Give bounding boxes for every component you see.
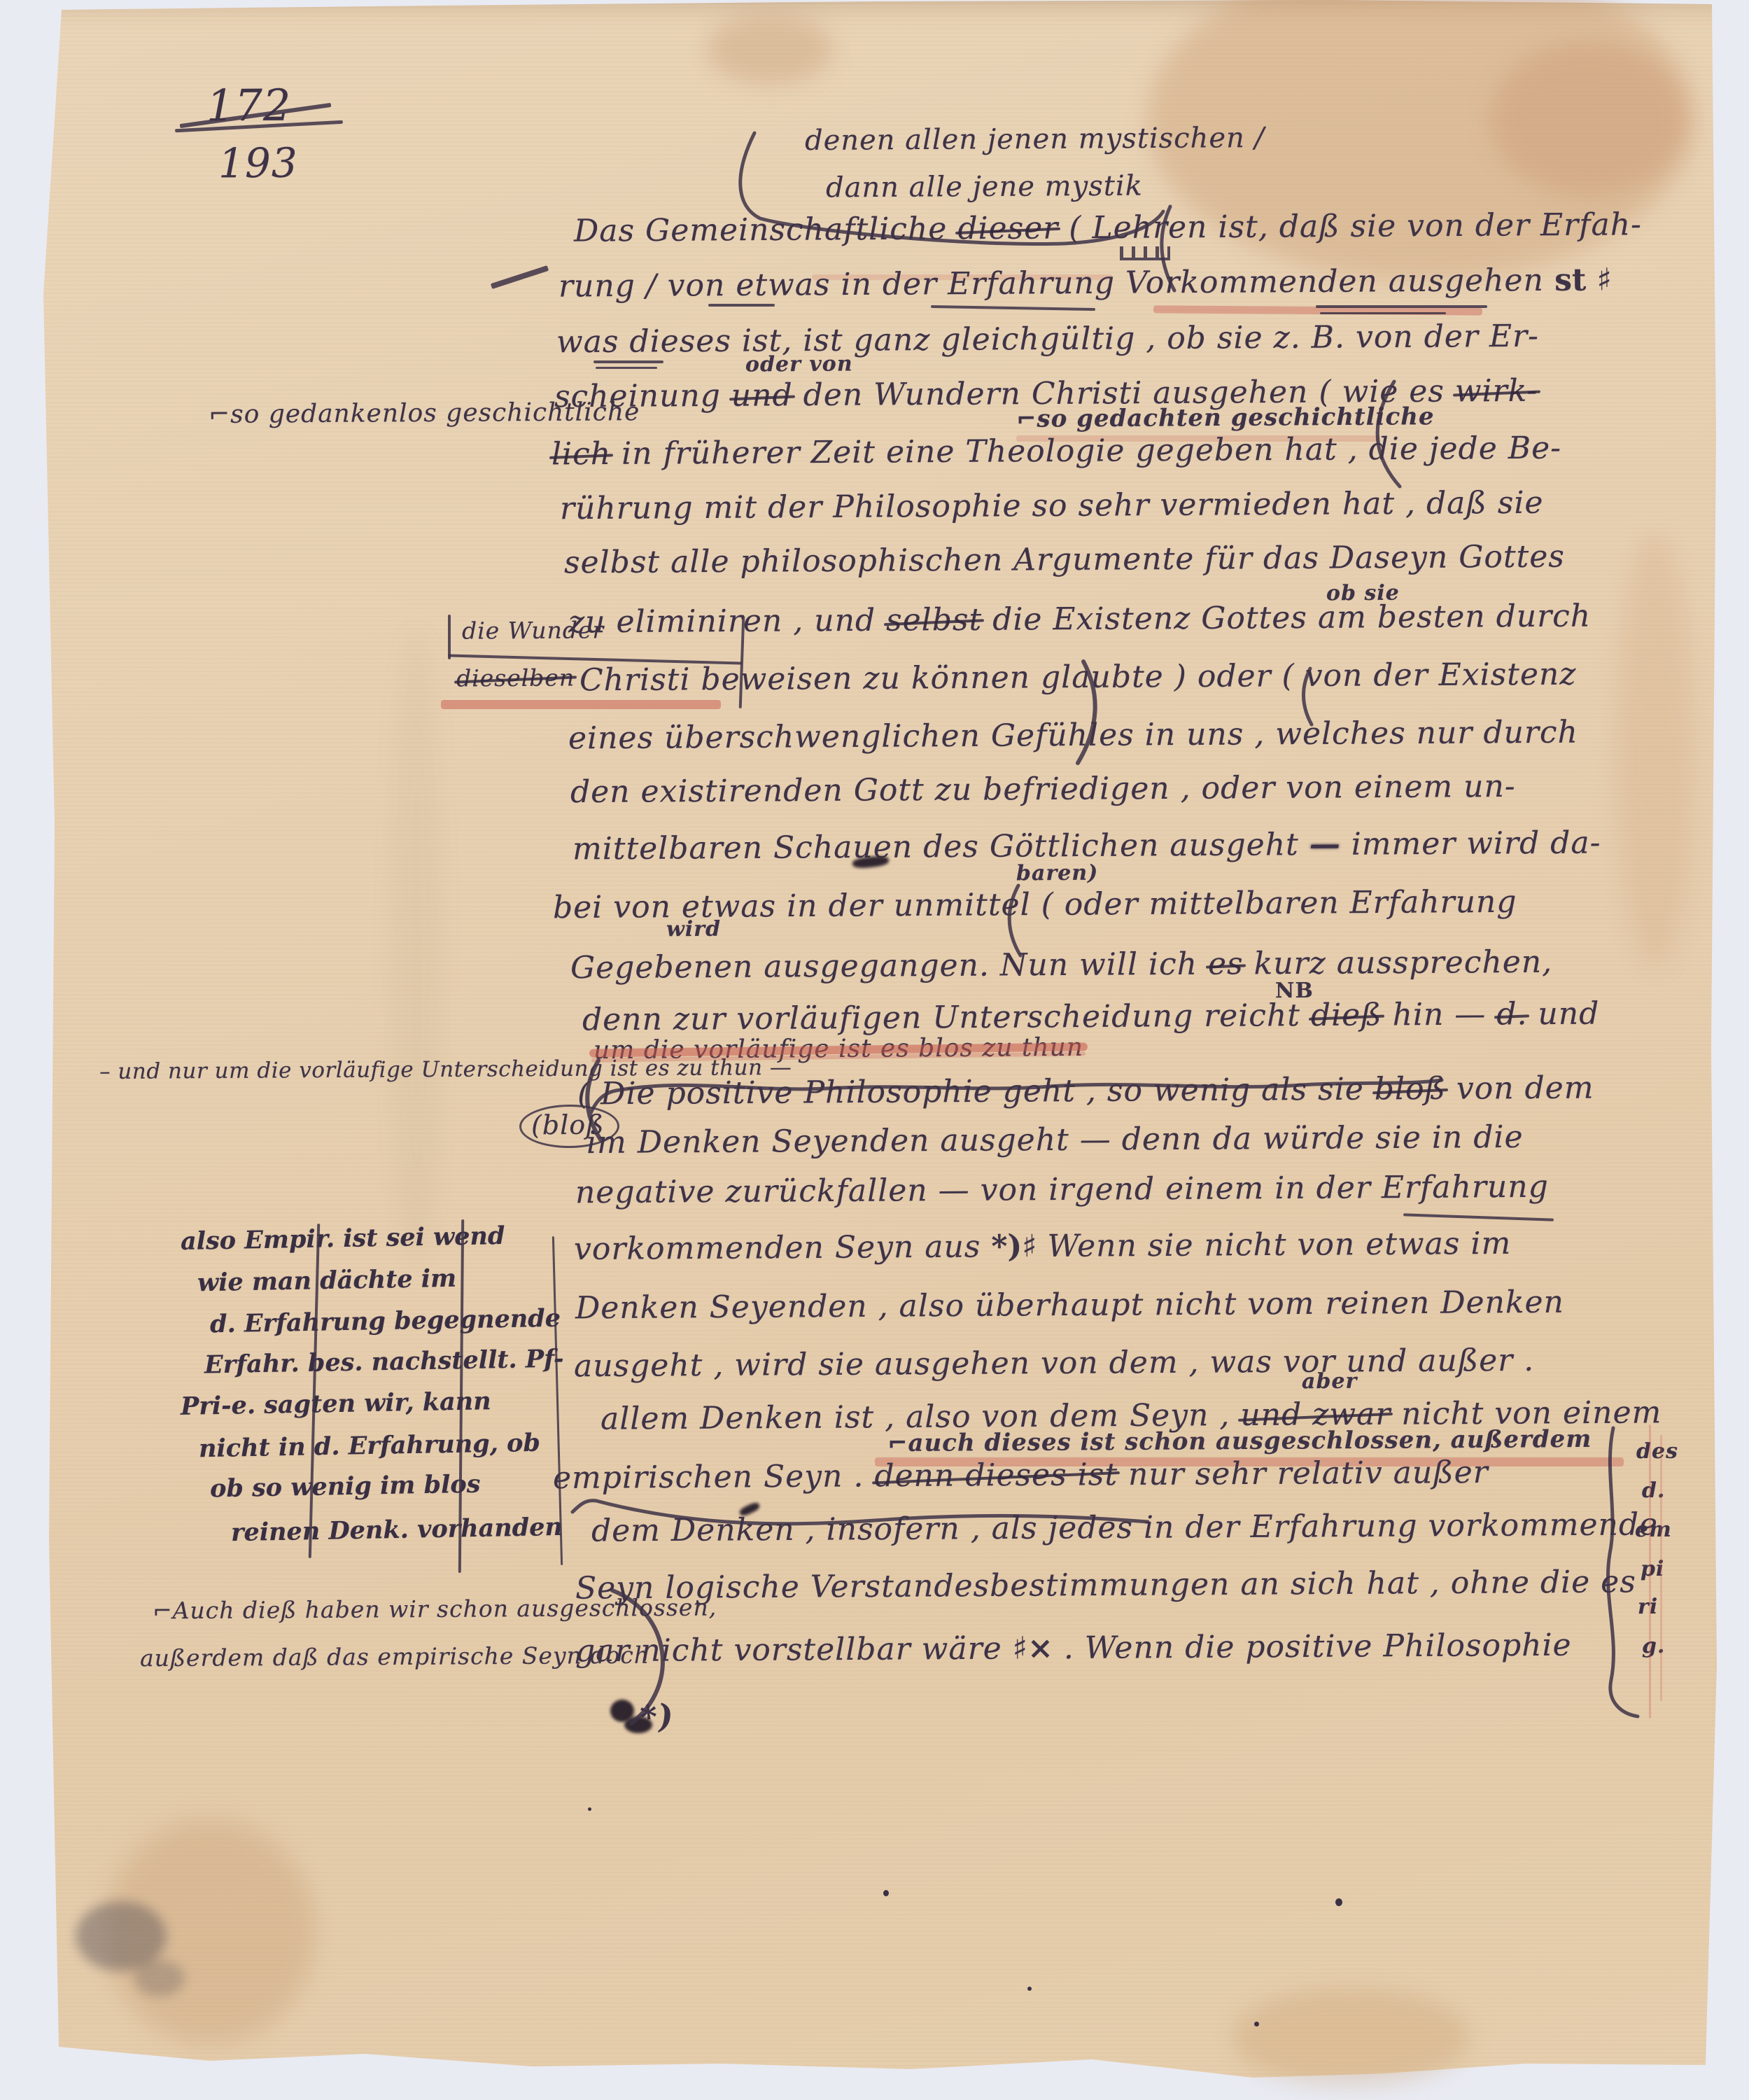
interline-insert: ⌐so gedachten geschichtliche — [1016, 405, 1435, 432]
word-underline — [1316, 305, 1487, 308]
text-line: Denken Seyenden , also überhaupt nicht v… — [575, 1287, 1564, 1325]
interline-insert-red-underlined: ⌐auch dieses ist schon ausgeschlossen, a… — [887, 1427, 1592, 1457]
text-line: negative zurückfallen — von irgend einem… — [575, 1171, 1549, 1210]
text-line: denn zur vorläufigen Unterscheidung reic… — [582, 998, 1600, 1037]
margin-note-bottom: ⌐Auch dieß haben wir schon ausgeschlosse… — [153, 1596, 717, 1624]
margin-scribble: nicht in d. Erfahrung, ob — [199, 1431, 540, 1462]
header-insert-line2: dann alle jene mystik — [826, 171, 1143, 203]
text-line: Das Gemeinschaftliche dieser ( Lehren is… — [574, 209, 1642, 248]
text-line: eines überschwenglichen Gefühles in uns … — [568, 717, 1578, 755]
word-underline — [593, 360, 663, 363]
interline-insert: baren) — [1016, 862, 1099, 885]
word-underline — [596, 367, 657, 369]
text-line: empirischen Seyn . denn dieses ist nur s… — [553, 1457, 1489, 1494]
ink-speck — [1335, 1898, 1342, 1906]
margin-bracket — [448, 615, 451, 659]
interline-insert: ob sie — [1326, 582, 1400, 605]
margin-scribble: ob so wenig im blos — [210, 1472, 481, 1501]
ink-speck — [1027, 1987, 1032, 1991]
margin-note-wunder: die Wunder — [462, 618, 604, 643]
text-line: dem Denken , insofern , als jedes in der… — [591, 1508, 1658, 1547]
text-line: gar nicht vorstellbar wäre ♯× . Wenn die… — [575, 1630, 1572, 1668]
red-edge-line — [1649, 1424, 1651, 1718]
edge-stack-word: ri — [1638, 1596, 1658, 1618]
ink-blot — [624, 1716, 652, 1733]
text-line: lich in früherer Zeit eine Theologie geg… — [552, 433, 1561, 471]
text-line: rührung mit der Philosophie so sehr verm… — [560, 487, 1544, 526]
word-underline — [1320, 312, 1446, 314]
text-line: Gegebenen ausgegangen. Nun will ich es k… — [570, 946, 1552, 985]
ink-speck — [1254, 2022, 1259, 2026]
text-line: mittelbaren Schauen des Göttlichen ausge… — [573, 827, 1601, 866]
word-underline — [708, 304, 775, 307]
edge-stack-word: des — [1636, 1441, 1678, 1463]
margin-scribble: reinen Denk. vorhanden — [231, 1515, 563, 1545]
margin-scribble: d. Erfahrung begegnende — [210, 1306, 561, 1337]
margin-scribble: Erfahr. bes. nachstellt. Pf- — [204, 1347, 564, 1378]
text-line: den existirenden Gott zu befriedigen , o… — [570, 771, 1516, 808]
interline-insert: aber — [1302, 1371, 1358, 1393]
edge-stack-word: em — [1635, 1519, 1672, 1541]
scanned-manuscript-page: 172 193 denen allen jenen mystischen / d… — [0, 0, 1749, 2100]
red-edge-line — [1660, 1435, 1662, 1701]
text-line: Seyn logische Verstandesbestimmungen an … — [575, 1566, 1636, 1604]
text-line: selbst alle philosophischen Argumente fü… — [564, 541, 1565, 580]
text-line: ( Die positive Philosophie geht , so wen… — [577, 1072, 1594, 1111]
text-line: was dieses ist, ist ganz gleichgültig , … — [556, 321, 1539, 359]
ink-speck — [588, 1807, 591, 1811]
text-line: zu eliminiren , und selbst die Existenz … — [568, 601, 1591, 639]
text-line: im Denken Seyenden ausgeht — denn da wür… — [586, 1121, 1524, 1159]
text-line: ausgeht , wird sie ausgehen von dem , wa… — [574, 1345, 1534, 1383]
interline-insert: oder von — [745, 353, 853, 376]
ink-speck — [883, 1890, 889, 1896]
margin-note-gedankenlos: ⌐so gedankenlos geschichtliche — [209, 399, 640, 428]
red-underline — [441, 700, 721, 709]
margin-note-wunder-struck: dieselben — [456, 666, 575, 691]
interline-insert: wird — [666, 918, 721, 941]
margin-note-bottom: außerdem daß das empirische Seyn doch — [140, 1644, 649, 1671]
margin-scribble: wie man dächte im — [197, 1266, 457, 1295]
margin-scribble: Pri-e. sagten wir, kann — [181, 1389, 491, 1419]
graphite-smudge — [134, 1960, 185, 1996]
text-line: rung / von etwas in der Erfahrung Vorkom… — [559, 264, 1612, 302]
text-line: vorkommenden Seyn aus *)♯ Wenn sie nicht… — [574, 1228, 1511, 1266]
header-insert-line1: denen allen jenen mystischen / — [805, 123, 1265, 155]
page-number-new: 193 — [218, 142, 298, 185]
hatch-mark — [1120, 246, 1170, 260]
margin-scribble: also Empir. ist sei wend — [181, 1224, 505, 1254]
